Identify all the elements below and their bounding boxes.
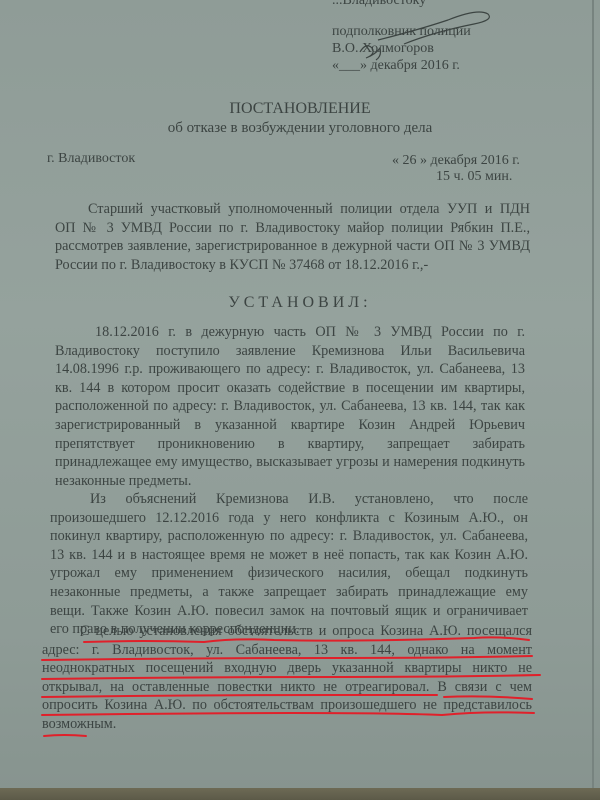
intro-line: ОП № 3 УМВД России по г. Владивостоку ма… bbox=[55, 219, 530, 238]
paragraph-line: открывал, на оставленные повестки никто … bbox=[42, 678, 532, 697]
paragraph-line: неоднократных посещений входную дверь ук… bbox=[42, 659, 532, 678]
intro-line: рассмотрев заявление, зарегистрированное… bbox=[55, 237, 530, 256]
document-title: ПОСТАНОВЛЕНИЕ bbox=[0, 100, 600, 118]
paragraph-line: 14.08.1996 г.р. проживающего по адресу: … bbox=[55, 360, 525, 379]
paragraph-line: зарегистрированный в указанной квартире … bbox=[55, 416, 525, 435]
paragraph-1: 18.12.2016 г. в дежурную часть ОП № 3 УМ… bbox=[55, 323, 525, 490]
document-place: г. Владивосток bbox=[47, 151, 135, 167]
document-date: « 26 » декабря 2016 г. bbox=[392, 153, 520, 169]
paragraph-line: 18.12.2016 г. в дежурную часть ОП № 3 УМ… bbox=[55, 323, 525, 342]
paragraph-line: Из объяснений Кремизнова И.В. установлен… bbox=[50, 490, 528, 509]
document-time: 15 ч. 05 мин. bbox=[436, 169, 512, 185]
approval-name: В.О. Холмогоров bbox=[332, 40, 434, 57]
paragraph-line: кв. 144 в котором просит оказать содейст… bbox=[55, 379, 525, 398]
page-edge bbox=[592, 0, 594, 790]
paragraph-line: принадлежащее ему имущество, высказывает… bbox=[55, 453, 525, 472]
paragraph-line: С целью установления обстоятельств и опр… bbox=[42, 622, 532, 641]
paragraph-line: произошедшего 12.12.2016 года у него кон… bbox=[50, 509, 528, 528]
section-heading: УСТАНОВИЛ: bbox=[0, 294, 600, 312]
intro-paragraph: Старший участковый уполномоченный полици… bbox=[55, 200, 530, 274]
document-subtitle: об отказе в возбуждении уголовного дела bbox=[0, 120, 600, 137]
paragraph-line: возможным. bbox=[42, 715, 532, 734]
paragraph-line: вещи. Также Козин А.Ю. повесил замок на … bbox=[50, 602, 528, 621]
paragraph-2: Из объяснений Кремизнова И.В. установлен… bbox=[50, 490, 528, 639]
intro-line: России по г. Владивостоку в КУСП № 37468… bbox=[55, 256, 530, 275]
paragraph-line: расположенной по адресу: г. Владивосток,… bbox=[55, 397, 525, 416]
approval-cut-line: ...Владивостоку bbox=[332, 0, 426, 9]
paragraph-line: 13 кв. 144 и в настоящее время не может … bbox=[50, 546, 528, 565]
paragraph-line: адрес: г. Владивосток, ул. Сабанеева, 13… bbox=[42, 641, 532, 660]
paragraph-line: препятствует проникновению в квартиру, з… bbox=[55, 435, 525, 454]
background-surface bbox=[0, 788, 600, 800]
paragraph-line: незаконные предметы. bbox=[55, 472, 525, 491]
approval-date: «___» декабря 2016 г. bbox=[332, 57, 460, 74]
paragraph-line: незаконные предметы, а также запрещает з… bbox=[50, 583, 528, 602]
paragraph-3-highlighted: С целью установления обстоятельств и опр… bbox=[42, 622, 532, 734]
paragraph-line: угрожал ему применением физического наси… bbox=[50, 564, 528, 583]
approval-rank: подполковник полиции bbox=[332, 23, 471, 40]
intro-line: Старший участковый уполномоченный полици… bbox=[55, 200, 530, 219]
paragraph-line: Владивостоку поступило заявление Кремизн… bbox=[55, 342, 525, 361]
paragraph-line: опросить Козина А.Ю. по обстоятельствам … bbox=[42, 696, 532, 715]
paragraph-line: покинул квартиру, расположенную по адрес… bbox=[50, 527, 528, 546]
